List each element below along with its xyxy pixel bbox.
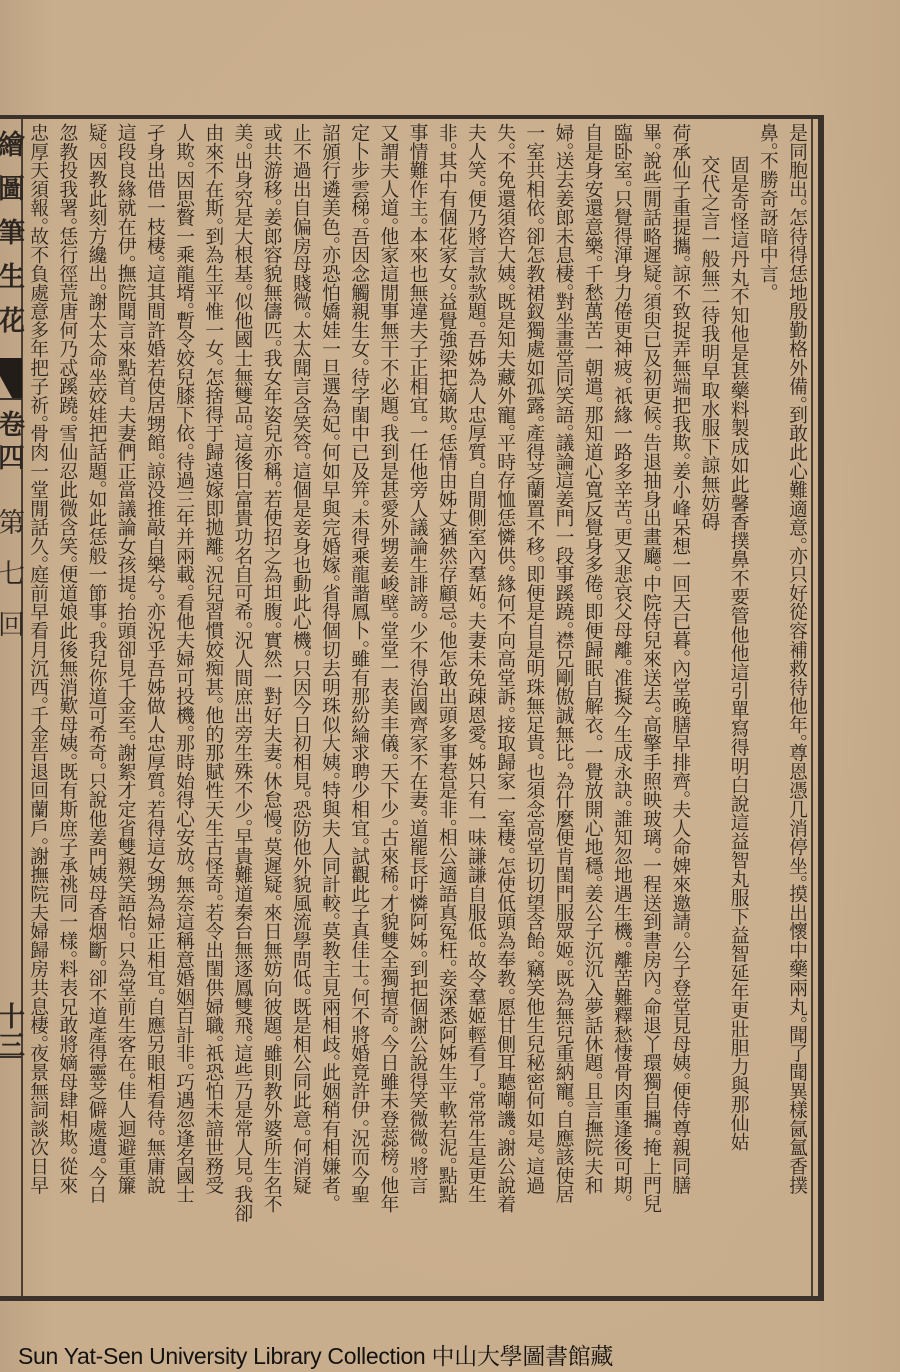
text-column: 由來不在斯。到為生平惟一女。怎捨得于歸遠嫁即拋離。況兒習慣姣痴甚。他的那賦性天生… bbox=[198, 121, 227, 1295]
text-column: 疑。因教此刻方纔出。謝太太命坐姣娃把話題。如此恁般一節事。我兒你道可希奇。只說他… bbox=[81, 121, 110, 1295]
book-page: 繪圖筆生花 卷四 第七回 十三 是同胞出。怎待得恁地殷勤格外備。到敢此心難適意。… bbox=[0, 0, 900, 1372]
text-column: 人欺。因思贅一乘龍壻。暫令姣兒膝下依。待過三年并兩載。看他夫婦可投機。那時始得心… bbox=[169, 121, 198, 1295]
text-column: 夫人笑。便乃將言款款題。吾姊為人忠厚質。自閒側室內羣妬。夫妻未免疎恩愛。姊只有一… bbox=[461, 121, 490, 1295]
text-column: 或共游移。姜郎容貌無儔匹。我女年姿兒亦稱。若使招之為坦腹。實然一對好夫妻。休怠慢… bbox=[256, 121, 285, 1295]
text-column: 詔頒行遴美色。亦恐怕嬌娃一旦選為妃。何如早與完婚嫁。省得個切去明珠似大姨。特與夫… bbox=[315, 121, 344, 1295]
book-title: 繪圖筆生花 bbox=[0, 130, 23, 350]
library-credit: Sun Yat-Sen University Library Collectio… bbox=[18, 1338, 613, 1371]
text-column: 婦。送去姜郎未息棲。對坐畫堂同笑語。議論這姜門一段事蹊蹺。襟兄剛傲誠無比。為什麼… bbox=[548, 121, 577, 1295]
page-number: 十三 bbox=[0, 1002, 23, 1060]
text-column: 畢。說些閒話略遲疑。須臾已及初更候。告退抽身出畫廳。中院侍兒來送去。高擎手照映玻… bbox=[636, 121, 665, 1295]
text-column: 孑身出借一枝棲。這其間許婚若使居甥館。諒没推敲自樂兮。亦況乎吾姊做人忠厚質。若得… bbox=[140, 121, 169, 1295]
margin-divider-upper bbox=[0, 398, 22, 400]
text-column: 鼻。不勝奇訝暗中言。 bbox=[753, 121, 782, 1295]
text-column: 自是身安還意樂。千愁萬苦一朝遣。那知道心寬反覺身多倦。即便歸眠自解衣。一覺放開心… bbox=[578, 121, 607, 1295]
chapter-label: 第七回 bbox=[0, 508, 23, 661]
text-column: 是同胞出。怎待得恁地殷勤格外備。到敢此心難適意。亦只好從容補救待他年。尊恩憑几消… bbox=[782, 121, 811, 1295]
frame-right-rule-inner bbox=[811, 119, 813, 1296]
text-column: 忽教投我署。恁行徑荒唐何乃忒蹊蹺。雪仙忍此微含笑。便道娘此後無消歎母姨。既有斯庶… bbox=[52, 121, 81, 1295]
text-column: 美。出身究是大根基。似他國士無雙品。這後日富貴功名自可希。況人間庶出旁生殊不少。… bbox=[227, 121, 256, 1295]
text-column: 臨卧室。只覺得渾身力倦更神疲。祇緣一路多辛苦。更又悲哀父母離。准擬今生成永訣。誰… bbox=[607, 121, 636, 1295]
text-column: 固是奇怪這丹丸不知他是甚藥料製成如此馨香撲鼻不要管他他這引單寫得明白說這益智丸服… bbox=[723, 121, 752, 1295]
text-column: 定卜步雲梯。吾因念觸親生女。待字閨中已及笄。未得乘龍諧鳳卜。雖有那紛綸求聘少相宜… bbox=[344, 121, 373, 1295]
frame-top-rule bbox=[0, 115, 824, 119]
text-column: 又謂夫人道。他家這閒事無干不必題。我到是甚愛外甥姜峻壁。堂堂一表美丰儀。天下少。… bbox=[373, 121, 402, 1295]
text-body: 是同胞出。怎待得恁地殷勤格外備。到敢此心難適意。亦只好從容補救待他年。尊恩憑几消… bbox=[23, 121, 811, 1295]
text-column: 止不過出自偏房母賤微。太太聞言含笑答。這個是妾身也動此心機。只因今日初相見。恐防… bbox=[286, 121, 315, 1295]
volume-label: 卷四 bbox=[0, 410, 23, 476]
fishtail-mark-icon bbox=[0, 358, 22, 398]
text-column: 交代之言一般無二待我明早取水服下諒無妨碍 bbox=[694, 121, 723, 1295]
frame-bottom-rule bbox=[0, 1296, 824, 1301]
text-column: 忠厚天須報。故不負處意多年把子祈。骨肉一堂閒話久。庭前早看月沉西。千金告退回蘭戶… bbox=[23, 121, 52, 1295]
text-column: 失。不免還須咨大姨。既是知夫藏外寵。平時存恤恁憐供。緣何不向高堂訴。接取歸家一室… bbox=[490, 121, 519, 1295]
text-column: 荷承仙子重提攜。諒不致捉弄無端把我欺。姜小峰呆想一回天已暮。內堂晚膳早排齊。夫人… bbox=[665, 121, 694, 1295]
text-column: 這段良緣就在伊。撫院聞言來點首。夫妻們正當議論女孩提。抬頭卻見千金至。謝絮才定省… bbox=[111, 121, 140, 1295]
text-column: 事情難作主。本來也無違夫子正相宜。一任他旁人議論生誹謗。少不得治國齊家不在妻。道… bbox=[402, 121, 431, 1295]
text-column: 非。其中有個花家女。益覺強梁把嫡欺。恁情由姊丈猶然存顧忌。他怎敢出頭多事惹是非。… bbox=[432, 121, 461, 1295]
frame-right-rule-outer bbox=[818, 115, 824, 1301]
text-column: 一室共相依。卻怎教裙釵獨處如孤露。產得芝蘭置不移。即便是自是明珠無足貴。也須念高… bbox=[519, 121, 548, 1295]
